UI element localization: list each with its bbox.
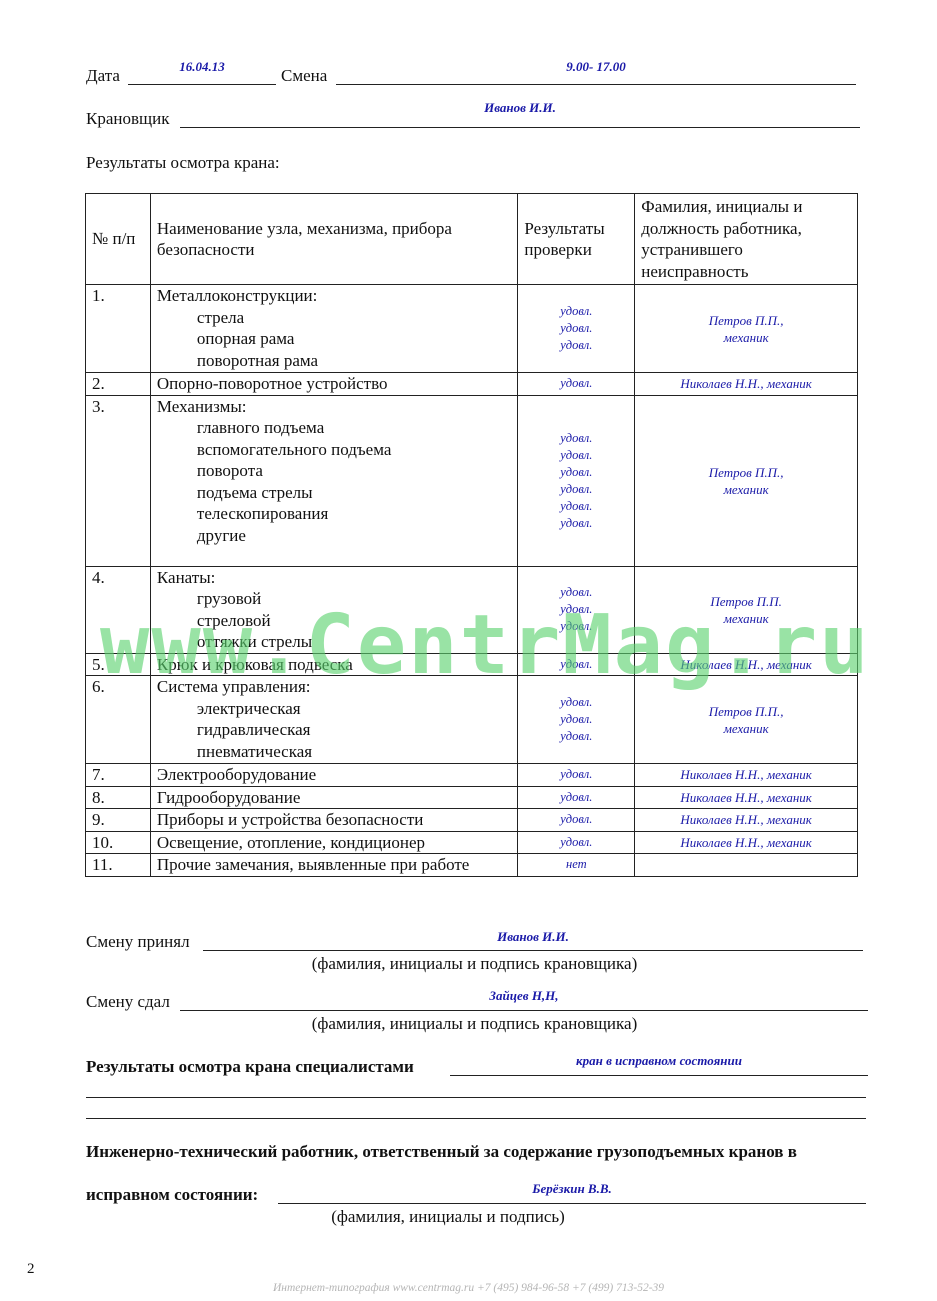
- row-worker[interactable]: Петров П.П.механик: [635, 566, 858, 653]
- table-row: 1.Металлоконструкции:стрелаопорная рамап…: [86, 285, 858, 373]
- worker-line: Николаев Н.Н., механик: [641, 766, 851, 783]
- row-worker[interactable]: Петров П.П.,механик: [635, 285, 858, 373]
- accepted-label: Смену принял: [86, 932, 190, 952]
- item-title: Опорно-поворотное устройство: [157, 374, 388, 393]
- worker-line: Петров П.П.,: [641, 312, 851, 329]
- footer: Интернет-типография www.centrmag.ru +7 (…: [0, 1282, 937, 1294]
- result-value: удовл.: [524, 430, 628, 447]
- worker-line: Петров П.П.,: [641, 703, 851, 720]
- row-worker[interactable]: Петров П.П.,механик: [635, 676, 858, 764]
- item-title: Канаты:: [157, 568, 215, 587]
- specialists-line-2: [86, 1097, 866, 1098]
- row-number: 7.: [86, 764, 151, 787]
- row-item-name: Крюк и крюковая подвеска: [150, 653, 517, 676]
- item-title: Металлоконструкции:: [157, 286, 317, 305]
- date-label: Дата: [86, 66, 120, 86]
- item-title: Прочие замечания, выявленные при работе: [157, 855, 469, 874]
- item-title: Крюк и крюковая подвеска: [157, 655, 353, 674]
- sub-item: поворотная рама: [157, 350, 511, 372]
- result-value: удовл.: [524, 464, 628, 481]
- sub-item: пневматическая: [157, 741, 511, 763]
- result-value: удовл.: [524, 811, 628, 828]
- row-result[interactable]: удовл.: [518, 764, 635, 787]
- row-result[interactable]: удовл.удовл.удовл.: [518, 566, 635, 653]
- row-item-name: Механизмы:главного подъемавспомогательно…: [150, 395, 517, 566]
- result-value: нет: [524, 856, 628, 873]
- sub-item: грузовой: [157, 588, 511, 610]
- accepted-value[interactable]: Иванов И.И.: [203, 929, 863, 945]
- worker-line: механик: [641, 481, 851, 498]
- sub-item: оттяжки стрелы: [157, 631, 511, 653]
- row-number: 2.: [86, 373, 151, 396]
- result-value: удовл.: [524, 656, 628, 673]
- handed-underline: [180, 1010, 868, 1011]
- specialists-value[interactable]: кран в исправном состоянии: [450, 1053, 868, 1069]
- table-row: 8.Гидрооборудованиеудовл.Николаев Н.Н., …: [86, 786, 858, 809]
- item-title: Гидрооборудование: [157, 788, 301, 807]
- table-header-row: № п/п Наименование узла, механизма, приб…: [86, 194, 858, 285]
- item-title: Система управления:: [157, 677, 311, 696]
- row-worker[interactable]: Петров П.П.,механик: [635, 395, 858, 566]
- accepted-caption: (фамилия, инициалы и подпись крановщика): [86, 954, 863, 974]
- row-number: 4.: [86, 566, 151, 653]
- handed-label: Смену сдал: [86, 992, 170, 1012]
- specialists-label: Результаты осмотра крана специалистами: [86, 1057, 414, 1077]
- row-result[interactable]: удовл.удовл.удовл.удовл.удовл.удовл.: [518, 395, 635, 566]
- result-value: удовл.: [524, 766, 628, 783]
- table-row: 4.Канаты:грузовойстреловойоттяжки стрелы…: [86, 566, 858, 653]
- row-result[interactable]: удовл.удовл.удовл.: [518, 285, 635, 373]
- result-value: удовл.: [524, 303, 628, 320]
- result-value: удовл.: [524, 584, 628, 601]
- worker-line: Николаев Н.Н., механик: [641, 811, 851, 828]
- worker-line: Николаев Н.Н., механик: [641, 375, 851, 392]
- table-row: 10.Освещение, отопление, кондиционерудов…: [86, 831, 858, 854]
- result-value: удовл.: [524, 694, 628, 711]
- result-value: удовл.: [524, 515, 628, 532]
- header-worker: Фамилия, инициалы и должность работника,…: [635, 194, 858, 285]
- worker-line: Николаев Н.Н., механик: [641, 789, 851, 806]
- result-value: удовл.: [524, 320, 628, 337]
- worker-line: механик: [641, 329, 851, 346]
- table-row: 7.Электрооборудованиеудовл.Николаев Н.Н.…: [86, 764, 858, 787]
- shift-underline: [336, 84, 856, 85]
- worker-line: механик: [641, 720, 851, 737]
- row-item-name: Электрооборудование: [150, 764, 517, 787]
- operator-value[interactable]: Иванов И.И.: [180, 100, 860, 116]
- result-value: удовл.: [524, 711, 628, 728]
- handed-value[interactable]: Зайцев Н,Н,: [180, 988, 868, 1004]
- row-number: 1.: [86, 285, 151, 373]
- specialists-underline: [450, 1075, 868, 1076]
- result-value: удовл.: [524, 375, 628, 392]
- row-result[interactable]: удовл.: [518, 373, 635, 396]
- row-item-name: Металлоконструкции:стрелаопорная рамапов…: [150, 285, 517, 373]
- row-item-name: Освещение, отопление, кондиционер: [150, 831, 517, 854]
- sub-item: подъема стрелы: [157, 482, 511, 504]
- worker-line: Николаев Н.Н., механик: [641, 656, 851, 673]
- worker-line: Николаев Н.Н., механик: [641, 834, 851, 851]
- row-item-name: Опорно-поворотное устройство: [150, 373, 517, 396]
- shift-value[interactable]: 9.00- 17.00: [336, 59, 856, 75]
- table-row: 11.Прочие замечания, выявленные при рабо…: [86, 854, 858, 877]
- row-result[interactable]: нет: [518, 854, 635, 877]
- sub-item: поворота: [157, 460, 511, 482]
- shift-label: Смена: [281, 66, 327, 86]
- operator-underline: [180, 127, 860, 128]
- result-value: удовл.: [524, 337, 628, 354]
- row-worker[interactable]: Николаев Н.Н., механик: [635, 764, 858, 787]
- row-number: 10.: [86, 831, 151, 854]
- row-worker[interactable]: Николаев Н.Н., механик: [635, 373, 858, 396]
- sub-item: телескопирования: [157, 503, 511, 525]
- table-row: 5.Крюк и крюковая подвескаудовл.Николаев…: [86, 653, 858, 676]
- row-item-name: Прочие замечания, выявленные при работе: [150, 854, 517, 877]
- row-number: 11.: [86, 854, 151, 877]
- result-value: удовл.: [524, 481, 628, 498]
- specialists-line-3: [86, 1118, 866, 1119]
- result-value: удовл.: [524, 601, 628, 618]
- engineer-value[interactable]: Берёзкин В.В.: [278, 1181, 866, 1197]
- date-value[interactable]: 16.04.13: [128, 59, 276, 75]
- engineer-line-2-label: исправном состоянии:: [86, 1185, 258, 1205]
- engineer-caption: (фамилия, инициалы и подпись): [278, 1207, 618, 1227]
- sub-item: вспомогательного подъема: [157, 439, 511, 461]
- date-underline: [128, 84, 276, 85]
- row-result[interactable]: удовл.: [518, 653, 635, 676]
- row-number: 6.: [86, 676, 151, 764]
- row-number: 9.: [86, 809, 151, 832]
- page-number: 2: [27, 1261, 35, 1278]
- worker-line: механик: [641, 610, 851, 627]
- table-row: 6.Система управления:электрическаягидрав…: [86, 676, 858, 764]
- document-page: Дата 16.04.13 Смена 9.00- 17.00 Крановщи…: [0, 0, 937, 1301]
- table-row: 9.Приборы и устройства безопасностиудовл…: [86, 809, 858, 832]
- section-title: Результаты осмотра крана:: [86, 153, 280, 173]
- row-number: 8.: [86, 786, 151, 809]
- result-value: удовл.: [524, 789, 628, 806]
- item-title: Приборы и устройства безопасности: [157, 810, 423, 829]
- result-value: удовл.: [524, 618, 628, 635]
- sub-item: опорная рама: [157, 328, 511, 350]
- row-number: 5.: [86, 653, 151, 676]
- accepted-underline: [203, 950, 863, 951]
- sub-item: электрическая: [157, 698, 511, 720]
- header-result: Результаты проверки: [518, 194, 635, 285]
- inspection-table: № п/п Наименование узла, механизма, приб…: [85, 193, 858, 877]
- operator-label: Крановщик: [86, 109, 169, 129]
- header-name: Наименование узла, механизма, прибора бе…: [150, 194, 517, 285]
- result-value: удовл.: [524, 447, 628, 464]
- item-title: Механизмы:: [157, 397, 247, 416]
- engineer-line-1: Инженерно-технический работник, ответств…: [86, 1142, 797, 1162]
- sub-item: стрела: [157, 307, 511, 329]
- table-row: 2.Опорно-поворотное устройствоудовл.Нико…: [86, 373, 858, 396]
- sub-item: главного подъема: [157, 417, 511, 439]
- row-item-name: Приборы и устройства безопасности: [150, 809, 517, 832]
- row-number: 3.: [86, 395, 151, 566]
- row-worker[interactable]: Николаев Н.Н., механик: [635, 653, 858, 676]
- header-num: № п/п: [86, 194, 151, 285]
- result-value: удовл.: [524, 834, 628, 851]
- worker-line: Петров П.П.: [641, 593, 851, 610]
- sub-item: другие: [157, 525, 511, 547]
- sub-item: стреловой: [157, 610, 511, 632]
- row-worker[interactable]: Николаев Н.Н., механик: [635, 786, 858, 809]
- row-result[interactable]: удовл.: [518, 831, 635, 854]
- row-item-name: Гидрооборудование: [150, 786, 517, 809]
- engineer-underline: [278, 1203, 866, 1204]
- row-item-name: Канаты:грузовойстреловойоттяжки стрелы: [150, 566, 517, 653]
- row-worker[interactable]: [635, 854, 858, 877]
- sub-item: гидравлическая: [157, 719, 511, 741]
- result-value: удовл.: [524, 498, 628, 515]
- row-result[interactable]: удовл.удовл.удовл.: [518, 676, 635, 764]
- result-value: удовл.: [524, 728, 628, 745]
- item-title: Освещение, отопление, кондиционер: [157, 833, 425, 852]
- table-row: 3.Механизмы:главного подъемавспомогатель…: [86, 395, 858, 566]
- row-worker[interactable]: Николаев Н.Н., механик: [635, 831, 858, 854]
- item-title: Электрооборудование: [157, 765, 316, 784]
- row-result[interactable]: удовл.: [518, 809, 635, 832]
- handed-caption: (фамилия, инициалы и подпись крановщика): [86, 1014, 863, 1034]
- row-worker[interactable]: Николаев Н.Н., механик: [635, 809, 858, 832]
- row-item-name: Система управления:электрическаягидравли…: [150, 676, 517, 764]
- row-result[interactable]: удовл.: [518, 786, 635, 809]
- worker-line: Петров П.П.,: [641, 464, 851, 481]
